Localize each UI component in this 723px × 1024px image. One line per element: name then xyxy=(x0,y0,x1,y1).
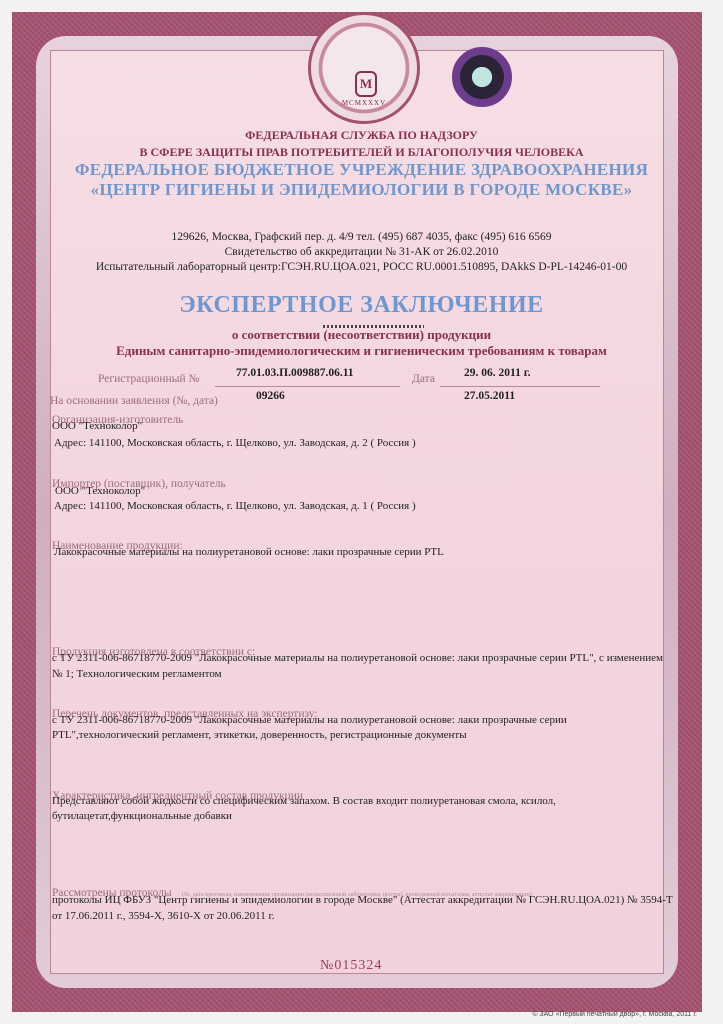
lab-center: Испытательный лабораторный центр:ГСЭН.RU… xyxy=(0,261,723,273)
application-date: 27.05.2011 xyxy=(464,390,515,402)
importer-name: ООО "Техноколор" xyxy=(55,485,145,497)
made-per-line-1: с ТУ 2311-006-86718770-2009 "Лакокрасочн… xyxy=(52,652,663,664)
made-per-line-2: № 1; Технологическим регламентом xyxy=(52,668,222,680)
date-underline xyxy=(440,386,600,387)
documents-line-1: с ТУ 2311-006-86718770-2009 "Лакокрасочн… xyxy=(52,714,567,726)
manufacturer-address: Адрес: 141100, Московская область, г. Ще… xyxy=(54,437,416,449)
importer-address: Адрес: 141100, Московская область, г. Ще… xyxy=(54,500,416,512)
application-number: 09266 xyxy=(256,390,285,402)
subtitle-prefix: о соответствии xyxy=(232,327,323,342)
registration-underline xyxy=(215,386,400,387)
document-subtitle: о соответствии (несоответствии) продукци… xyxy=(0,327,723,343)
basis-label: На основании заявления (№, дата) xyxy=(50,395,218,407)
institution-address: 129626, Москва, Графский пер. д. 4/9 тел… xyxy=(0,231,723,243)
composition-line-2: бутилацетат,функциональные добавки xyxy=(52,810,232,822)
emblem-seal: М MCMXXXV xyxy=(308,12,420,124)
institution-line-2: «ЦЕНТР ГИГИЕНЫ И ЭПИДЕМИОЛОГИИ В ГОРОДЕ … xyxy=(0,180,723,200)
documents-line-2: PTL",технологический регламент, этикетки… xyxy=(52,729,467,741)
agency-line-1: ФЕДЕРАЛЬНАЯ СЛУЖБА ПО НАДЗОРУ xyxy=(0,128,723,143)
registration-number: 77.01.03.П.009887.06.11 xyxy=(236,367,354,379)
manufacturer-name: ООО "Техноколор" xyxy=(52,420,142,432)
protocols-line-2: от 17.06.2011 г., 3594-Х, 3610-Х от 20.0… xyxy=(52,910,275,922)
subtitle-suffix: продукции xyxy=(424,327,491,342)
product-name: Лакокрасочные материалы на полиуретаново… xyxy=(54,546,444,558)
agency-line-2: В СФЕРЕ ЗАЩИТЫ ПРАВ ПОТРЕБИТЕЛЕЙ И БЛАГО… xyxy=(0,145,723,160)
emblem-monogram: М xyxy=(355,71,377,97)
protocols-line-1: протоколы ИЦ ФБУЗ "Центр гигиены и эпиде… xyxy=(52,894,673,906)
subtitle-struck: (несоответствии) xyxy=(323,327,424,342)
registration-date: 29. 06. 2011 г. xyxy=(464,367,531,379)
printer-credit: © ЗАО «Первый печатный двор», г. Москва,… xyxy=(532,1011,697,1018)
document-subtitle-line-2: Единым санитарно-эпидемиологическим и ги… xyxy=(0,343,723,359)
document-title: ЭКСПЕРТНОЕ ЗАКЛЮЧЕНИЕ xyxy=(0,292,723,319)
hologram-sticker-icon xyxy=(452,47,512,107)
date-label: Дата xyxy=(412,373,435,385)
emblem-year: MCMXXXV xyxy=(311,99,417,107)
serial-number: №015324 xyxy=(320,958,382,974)
composition-line-1: Представляют собой жидкости со специфиче… xyxy=(52,795,556,807)
registration-label: Регистрационный № xyxy=(98,373,199,385)
institution-line-1: ФЕДЕРАЛЬНОЕ БЮДЖЕТНОЕ УЧРЕЖДЕНИЕ ЗДРАВОО… xyxy=(0,160,723,180)
accreditation-certificate: Свидетельство об аккредитации № 31-АК от… xyxy=(0,246,723,258)
